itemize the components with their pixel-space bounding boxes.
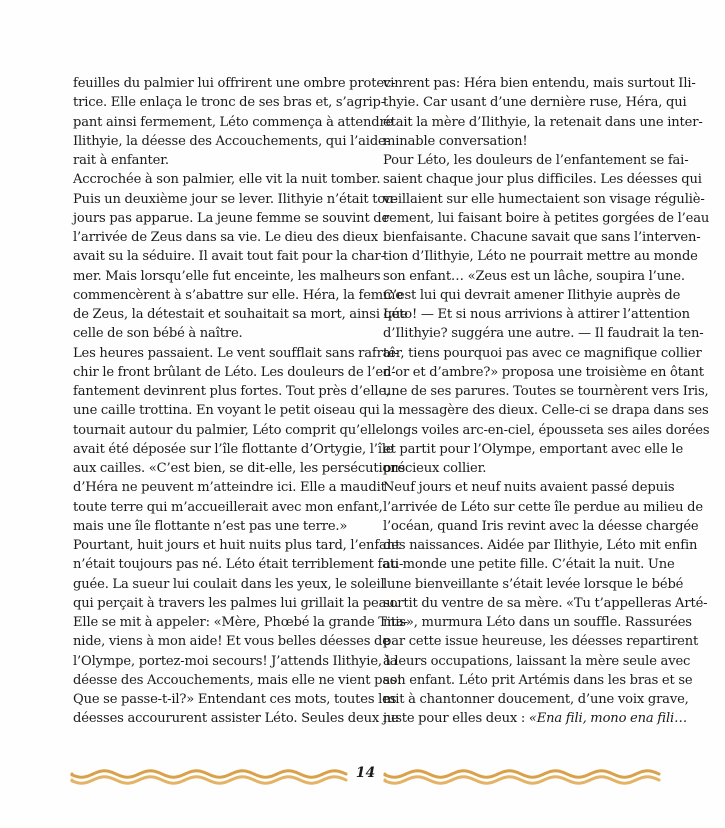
text-line: une de ses parures. Toutes se tournèrent… [383, 382, 665, 401]
text-line-final-prefix: juste pour elles deux : [383, 711, 529, 726]
text-line: Ilithyie, la déesse des Accouchements, q… [73, 132, 355, 151]
text-line: Que se passe-t-il?» Entendant ces mots, … [73, 690, 355, 709]
lullaby-quote: «Ena fili, mono ena fili… [529, 711, 687, 726]
text-line: des naissances. Aidée par Ilithyie, Léto… [383, 536, 665, 555]
text-line: mis», murmura Léto dans un souffle. Rass… [383, 613, 665, 632]
text-line: l’Olympe, portez-moi secours! J’attends … [73, 652, 355, 671]
text-line: déesse des Accouchements, mais elle ne v… [73, 671, 355, 690]
text-line: et partit pour l’Olympe, emportant avec … [383, 440, 665, 459]
text-line: nide, viens à mon aide! Et vous belles d… [73, 632, 355, 651]
text-line: une caille trottina. En voyant le petit … [73, 401, 355, 420]
text-line: d’or et d’ambre?» proposa une troisième … [383, 363, 665, 382]
wave-ornament-right-icon [383, 766, 661, 788]
text-line: d’Ilithyie? suggéra une autre. — Il faud… [383, 324, 665, 343]
text-line: pant ainsi fermement, Léto commença à at… [73, 113, 355, 132]
book-page: feuilles du palmier lui offrirent une om… [0, 0, 725, 828]
text-line: mer. Mais lorsqu’elle fut enceinte, les … [73, 267, 355, 286]
text-line: feuilles du palmier lui offrirent une om… [73, 74, 355, 93]
text-line: avait su la séduire. Il avait tout fait … [73, 247, 355, 266]
text-line: tournait autour du palmier, Léto comprit… [73, 421, 355, 440]
text-line: Les heures passaient. Le vent soufflait … [73, 344, 355, 363]
text-line: chir le front brûlant de Léto. Les doule… [73, 363, 355, 382]
text-line: Accrochée à son palmier, elle vit la nui… [73, 170, 355, 189]
page-footer: 14 [70, 762, 660, 792]
text-line: de Zeus, la détestait et souhaitait sa m… [73, 305, 355, 324]
text-line: Pour Léto, les douleurs de l’enfantement… [383, 151, 665, 170]
text-line: Léto! — Et si nous arrivions à attirer l… [383, 305, 665, 324]
text-line: avait été déposée sur l’île flottante d’… [73, 440, 355, 459]
text-line: lune bienveillante s’était levée lorsque… [383, 575, 665, 594]
text-line: son enfant… «Zeus est un lâche, soupira … [383, 267, 665, 286]
text-line: son enfant. Léto prit Artémis dans les b… [383, 671, 665, 690]
text-line: Pourtant, huit jours et huit nuits plus … [73, 536, 355, 555]
text-line: longs voiles arc-en-ciel, épousseta ses … [383, 421, 665, 440]
text-line: la messagère des dieux. Celle-ci se drap… [383, 401, 665, 420]
text-line: guée. La sueur lui coulait dans les yeux… [73, 575, 355, 594]
text-line: était la mère d’Ilithyie, la retenait da… [383, 113, 665, 132]
text-line: C’est lui qui devrait amener Ilithyie au… [383, 286, 665, 305]
text-line: fantement devinrent plus fortes. Tout pr… [73, 382, 355, 401]
text-line: au monde une petite fille. C’était la nu… [383, 555, 665, 574]
text-line: minable conversation! [383, 132, 665, 151]
text-line: thyie. Car usant d’une dernière ruse, Hé… [383, 93, 665, 112]
text-line: Puis un deuxième jour se lever. Ilithyie… [73, 190, 355, 209]
text-line: veillaient sur elle humectaient son visa… [383, 190, 665, 209]
text-line: trice. Elle enlaça le tronc de ses bras … [73, 93, 355, 112]
text-line: rement, lui faisant boire à petites gorg… [383, 209, 665, 228]
text-line: sortit du ventre de sa mère. «Tu t’appel… [383, 594, 665, 613]
text-line: l’arrivée de Zeus dans sa vie. Le dieu d… [73, 228, 355, 247]
text-line: bienfaisante. Chacune savait que sans l’… [383, 228, 665, 247]
text-line: saient chaque jour plus difficiles. Les … [383, 170, 665, 189]
text-line: commencèrent à s’abattre sur elle. Héra,… [73, 286, 355, 305]
text-line: déesses accoururent assister Léto. Seule… [73, 709, 355, 728]
text-line: par cette issue heureuse, les déesses re… [383, 632, 665, 651]
text-line: l’océan, quand Iris revint avec la déess… [383, 517, 665, 536]
text-line: aux cailles. «C’est bien, se dit-elle, l… [73, 459, 355, 478]
text-line: d’Héra ne peuvent m’atteindre ici. Elle … [73, 478, 355, 497]
text-line: précieux collier. [383, 459, 665, 478]
text-line: vinrent pas: Héra bien entendu, mais sur… [383, 74, 665, 93]
text-line: jours pas apparue. La jeune femme se sou… [73, 209, 355, 228]
text-line-final: juste pour elles deux : «Ena fili, mono … [383, 709, 665, 728]
text-line: mais une île flottante n’est pas une ter… [73, 517, 355, 536]
page-number: 14 [348, 765, 383, 781]
text-line: rait à enfanter. [73, 151, 355, 170]
left-text-column: feuilles du palmier lui offrirent une om… [73, 74, 355, 729]
text-line: celle de son bébé à naître. [73, 324, 355, 343]
text-line: n’était toujours pas né. Léto était terr… [73, 555, 355, 574]
text-line: tion d’Ilithyie, Léto ne pourrait mettre… [383, 247, 665, 266]
text-line: qui perçait à travers les palmes lui gri… [73, 594, 355, 613]
text-line: à leurs occupations, laissant la mère se… [383, 652, 665, 671]
text-line: Elle se mit à appeler: «Mère, Phœbé la g… [73, 613, 355, 632]
wave-ornament-left-icon [70, 766, 348, 788]
text-line: toute terre qui m’accueillerait avec mon… [73, 498, 355, 517]
text-line: l’arrivée de Léto sur cette île perdue a… [383, 498, 665, 517]
right-text-column: vinrent pas: Héra bien entendu, mais sur… [383, 74, 665, 729]
text-line: ter, tiens pourquoi pas avec ce magnifiq… [383, 344, 665, 363]
text-line: Neuf jours et neuf nuits avaient passé d… [383, 478, 665, 497]
text-line: mit à chantonner doucement, d’une voix g… [383, 690, 665, 709]
